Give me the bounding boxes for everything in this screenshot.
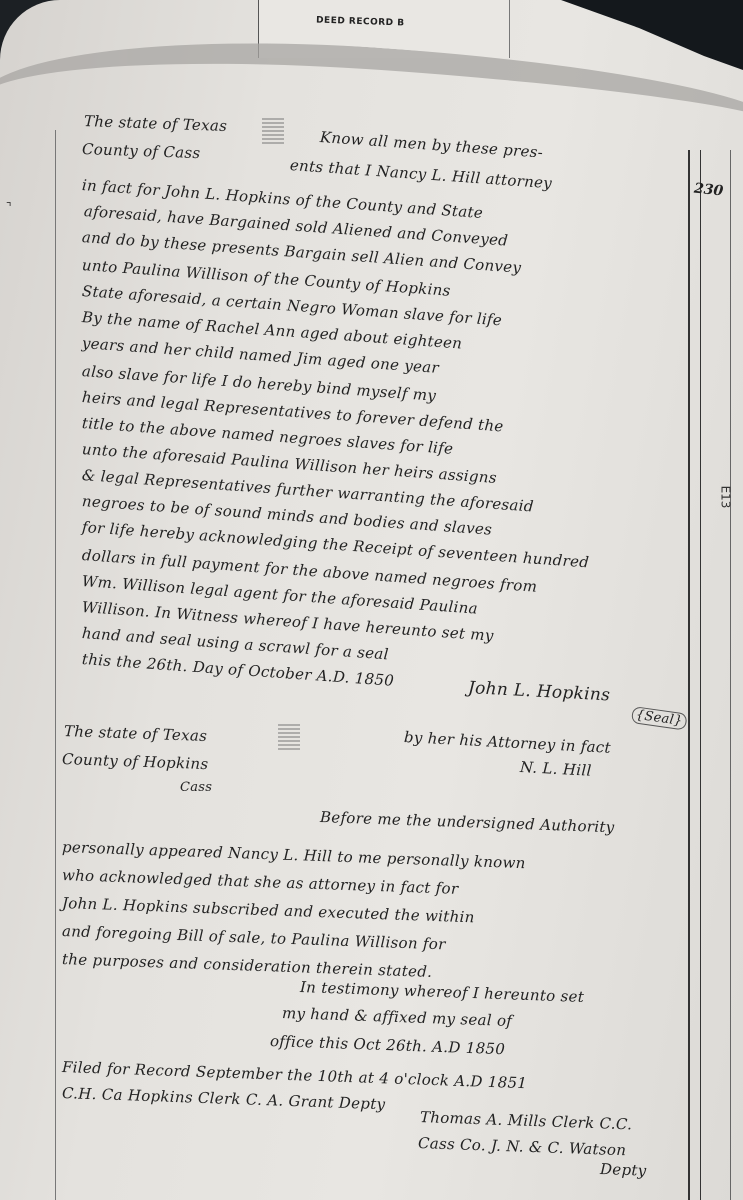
left-margin-rule xyxy=(55,130,56,1200)
deed-caption-county: County of Cass xyxy=(82,140,201,162)
ack-line: Before me the undersigned Authority xyxy=(320,808,615,836)
attorney-signature: N. L. Hill xyxy=(520,758,593,780)
ack-line: who acknowledged that she as attorney in… xyxy=(62,866,459,898)
clerk-signature-2: Cass Co. J. N. & C. Watson xyxy=(418,1134,627,1159)
by-attorney-text: by her his Attorney in fact xyxy=(404,728,612,757)
right-margin-rule-2 xyxy=(700,150,701,1200)
right-margin-mark: E13 xyxy=(718,486,732,509)
right-edge-rule xyxy=(730,150,731,1200)
ack-line: John L. Hopkins subscribed and executed … xyxy=(62,894,475,926)
deed-line: ents that I Nancy L. Hill attorney xyxy=(289,156,552,192)
deed-caption-state: The state of Texas xyxy=(84,112,228,135)
ack-line: and foregoing Bill of sale, to Paulina W… xyxy=(62,922,446,953)
ack-line: the purposes and consideration therein s… xyxy=(62,950,433,981)
bracket-stamp xyxy=(278,724,300,750)
filing-line: C.H. Ca Hopkins Clerk C. A. Grant Depty xyxy=(62,1084,386,1113)
background-corner xyxy=(483,0,743,70)
ack-line: personally appeared Nancy L. Hill to me … xyxy=(62,838,526,872)
deed-record-page: DEED RECORD B ⌝ E13 230 The state of Tex… xyxy=(0,0,743,1200)
clerk-signature: Thomas A. Mills Clerk C.C. xyxy=(420,1108,633,1133)
bracket-stamp xyxy=(262,118,284,144)
ack-caption-state: The state of Texas xyxy=(64,722,208,745)
testimony-line: office this Oct 26th. A.D 1850 xyxy=(270,1032,506,1058)
deputy-signature: Depty xyxy=(600,1160,647,1180)
testimony-line: In testimony whereof I hereunto set xyxy=(300,978,585,1006)
grantor-signature: John L. Hopkins xyxy=(467,678,610,705)
left-margin-mark: ⌝ xyxy=(6,200,12,214)
page-number: 230 xyxy=(693,181,724,200)
right-margin-rule xyxy=(688,150,690,1200)
ack-caption-county: County of Hopkins xyxy=(62,750,209,773)
seal-mark: {Seal} xyxy=(631,706,688,730)
ack-caption-cass: Cass xyxy=(180,780,212,795)
testimony-line: my hand & affixed my seal of xyxy=(282,1004,513,1030)
